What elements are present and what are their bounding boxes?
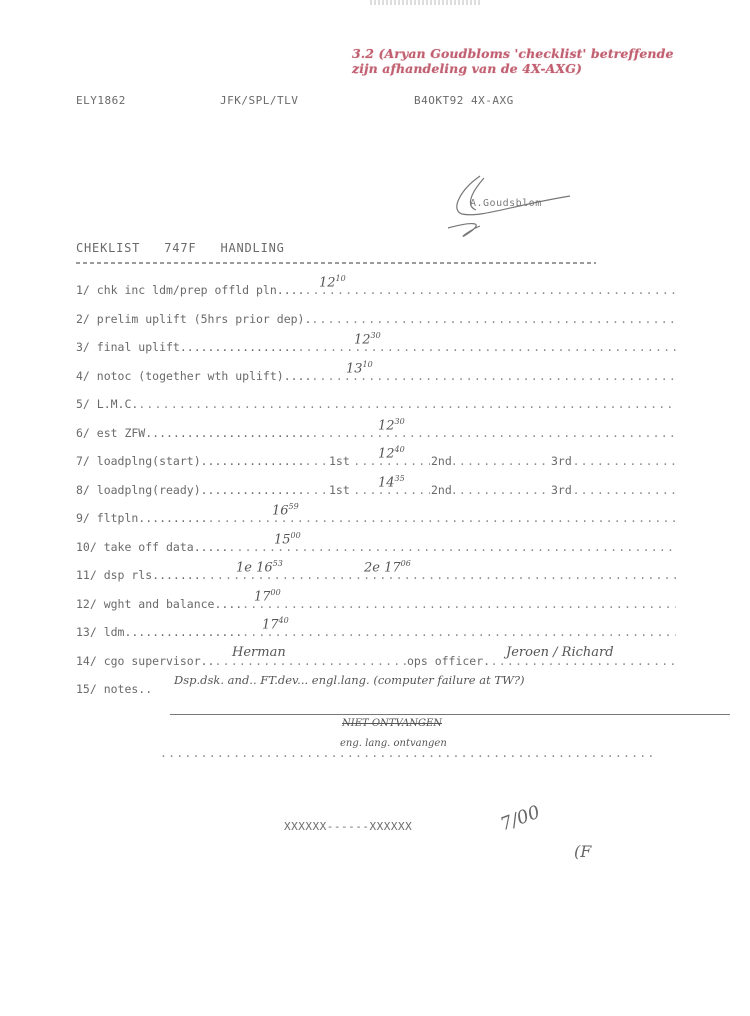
scan-artifact (370, 0, 480, 5)
handwritten-time: 1659 (272, 502, 299, 518)
document-caption: 3.2 (Aryan Goudbloms 'checklist' betreff… (352, 46, 692, 76)
handwritten-time: 1700 (254, 588, 281, 604)
flight-header: ELY1862 JFK/SPL/TLV B4OKT92 4X-AXG (76, 94, 676, 110)
handwritten-time: 1435 (378, 474, 405, 490)
handwritten-time: 1230 (378, 417, 405, 433)
checklist-item-11: 11/ dsp rls....... 1e 1653 2e 1706 (76, 568, 676, 597)
handwritten-note: Dsp.dsk. and.. FT.dev... engl.lang. (com… (174, 673, 525, 687)
handwritten-time: 1230 (354, 331, 381, 347)
signature: A.Goudsblom (440, 170, 580, 240)
handwritten-margin-letter: (F (574, 842, 591, 861)
aircraft-registration: B4OKT92 4X-AXG (414, 94, 514, 107)
checklist-item-5: 5/ L.M.C. (76, 397, 676, 426)
handwritten-time: 1210 (319, 274, 346, 290)
handwritten-time: 2e 1706 (364, 559, 411, 575)
cargo-supervisor-name: Herman (232, 645, 286, 660)
handwritten-time: 1e 1653 (236, 559, 283, 575)
signature-name: A.Goudsblom (470, 198, 542, 209)
handwritten-time: 1240 (378, 445, 405, 461)
ops-officer-name: Jeroen / Richard (506, 645, 614, 660)
checklist-item-8: 8/ loadplng(ready)............... 1st 14… (76, 483, 676, 512)
checklist-item-6: 6/ est ZFW........................ 1230 (76, 426, 676, 455)
checklist-item-15: 15/ notes.. Dsp.dsk. and.. FT.dev... eng… (76, 682, 676, 711)
end-of-checklist-mark: XXXXXX------XXXXXX (284, 820, 412, 833)
handwritten-time: 1500 (274, 531, 301, 547)
flight-number: ELY1862 (76, 94, 126, 107)
checklist-item-12: 12/ wght and balance.... 1700 (76, 597, 676, 626)
checklist-item-1: 1/ chk inc ldm/prep offld pln.... 1210 (76, 283, 676, 312)
caption-line-2: zijn afhandeling van de 4X-AXG) (352, 61, 692, 76)
caption-line-1: 3.2 (Aryan Goudbloms 'checklist' betreff… (352, 46, 692, 61)
checklist-title: CHEKLIST 747F HANDLING (76, 241, 285, 255)
note-underline (170, 714, 730, 715)
checklist-item-4: 4/ notoc (together wth uplift).... 1310 (76, 369, 676, 398)
handwritten-time: 1740 (262, 616, 289, 632)
checklist-item-7: 7/ loadplng(start)............... 1st 12… (76, 454, 676, 483)
handwritten-margin-number: 7/00 (498, 802, 543, 836)
flight-route: JFK/SPL/TLV (220, 94, 298, 107)
checklist-items: 1/ chk inc ldm/prep offld pln.... 1210 2… (76, 283, 676, 711)
checklist-item-9: 9/ fltpln.......... 1659 (76, 511, 676, 540)
checklist-item-3: 3/ final uplift................. 1230 (76, 340, 676, 369)
notes-continuation-dots (160, 746, 656, 760)
title-divider (76, 262, 596, 264)
handwritten-time: 1310 (346, 360, 373, 376)
handwritten-note-line-1: NIET ONTVANGEN (342, 718, 442, 729)
